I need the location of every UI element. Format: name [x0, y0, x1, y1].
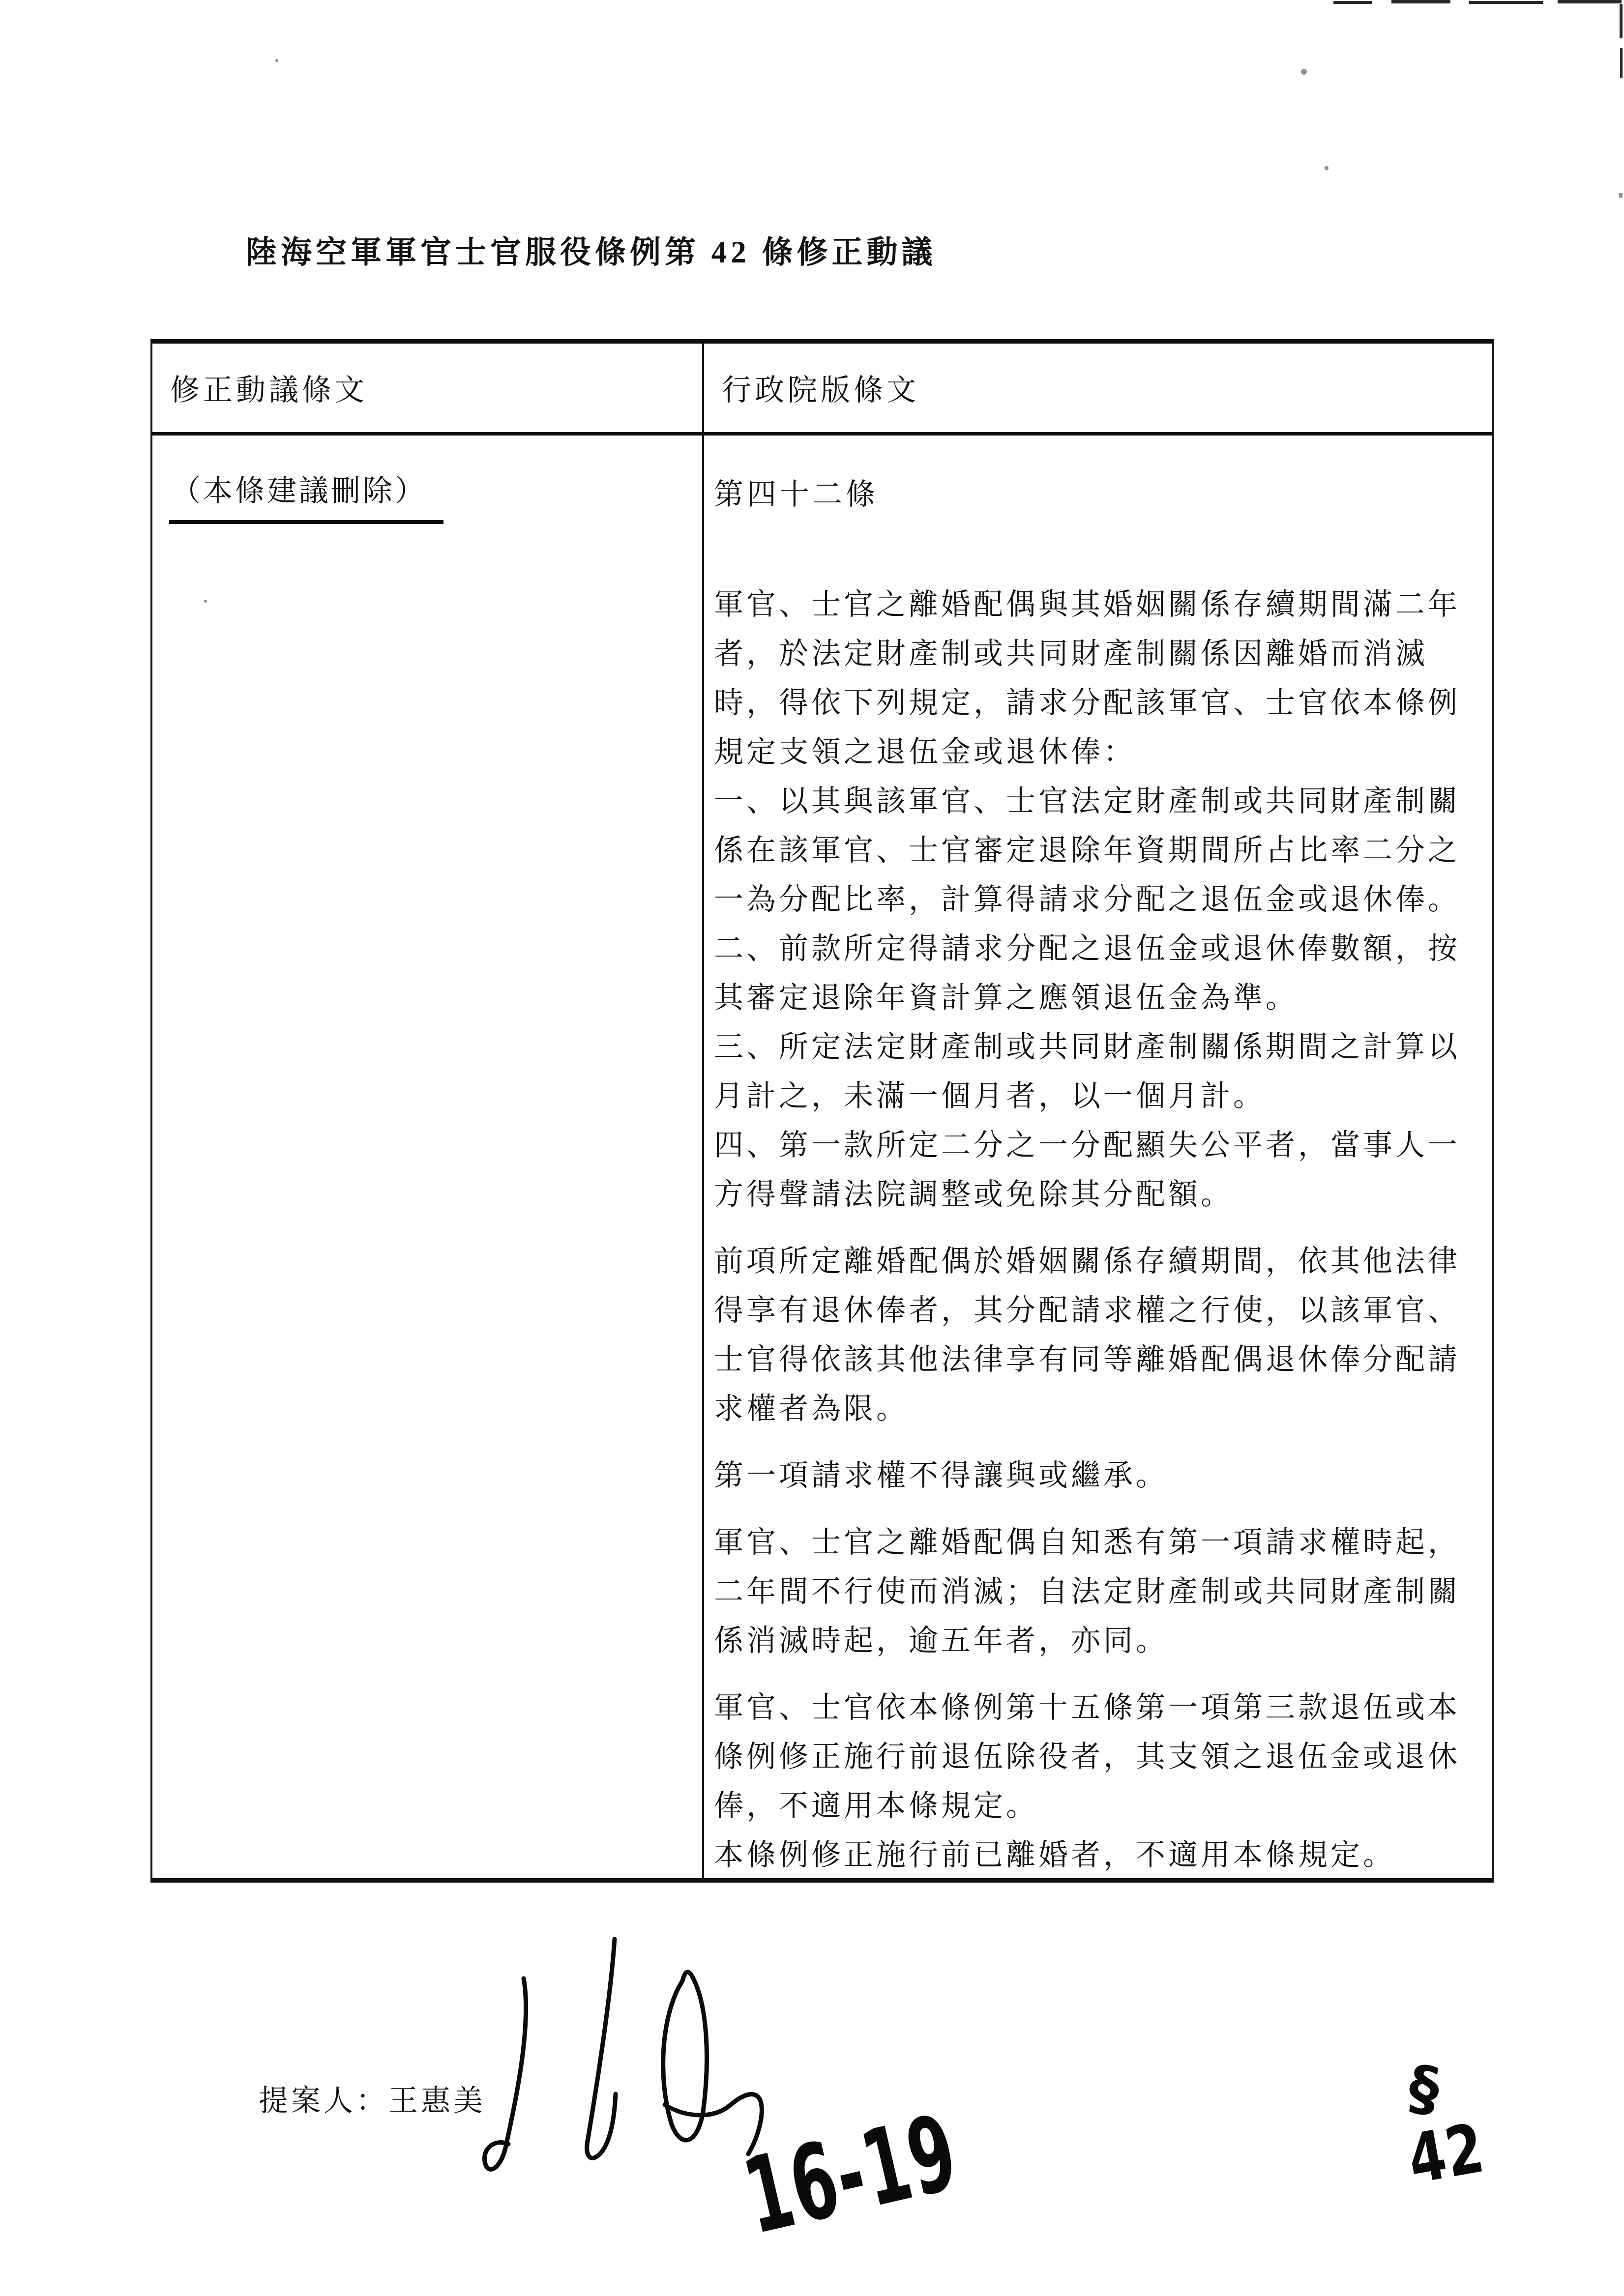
scan-noise-top-edge — [1469, 1, 1543, 4]
article-paragraph-4: 軍官、士官之離婚配偶自知悉有第一項請求權時起， 二年間不行使而消滅；自法定財產制… — [714, 1518, 1472, 1665]
column-header-executive-yuan-text: 行政院版條文 — [704, 344, 1492, 432]
scan-speck — [204, 600, 207, 603]
scan-speck — [275, 59, 278, 62]
table-header-row: 修正動議條文 行政院版條文 — [152, 344, 1492, 436]
handwritten-article-number: 42 — [1402, 2108, 1490, 2199]
article-paragraph-1: 軍官、士官之離婚配偶與其婚姻關係存續期間滿二年 者，於法定財產制或共同財產制關係… — [714, 580, 1472, 1219]
scan-noise-right-edge — [1620, 48, 1623, 78]
scan-speck — [1301, 69, 1307, 75]
scan-speck — [1619, 193, 1623, 198]
scan-speck — [1325, 166, 1329, 170]
article-number-heading: 第四十二條 — [714, 470, 1472, 519]
article-paragraph-5: 軍官、士官依本條例第十五條第一項第三款退伍或本 條例修正施行前退伍除役者，其支領… — [714, 1683, 1472, 1878]
scanned-document-page: 陸海空軍軍官士官服役條例第 42 條修正動議 修正動議條文 行政院版條文 （本條… — [0, 0, 1624, 2296]
deletion-note: （本條建議刪除） — [169, 470, 443, 524]
document-title: 陸海空軍軍官士官服役條例第 42 條修正動議 — [246, 227, 937, 272]
article-paragraph-2: 前項所定離婚配偶於婚姻關係存續期間，依其他法律 得享有退休俸者，其分配請求權之行… — [714, 1237, 1472, 1433]
handwritten-section-symbol: § — [1404, 2052, 1444, 2125]
proposer-signature-handwriting — [467, 1932, 782, 2207]
comparison-table: 修正動議條文 行政院版條文 （本條建議刪除） 第四十二條 軍官、士官之離婚配偶與… — [150, 339, 1494, 1883]
executive-yuan-column-cell: 第四十二條 軍官、士官之離婚配偶與其婚姻關係存續期間滿二年 者，於法定財產制或共… — [704, 436, 1492, 1878]
column-header-amendment-text: 修正動議條文 — [152, 344, 704, 432]
scan-noise-right-edge — [1620, 4, 1623, 38]
proposer-line: 提案人：王惠美 — [259, 2077, 486, 2120]
table-body-row: （本條建議刪除） 第四十二條 軍官、士官之離婚配偶與其婚姻關係存續期間滿二年 者… — [152, 436, 1492, 1878]
scan-noise-top-edge — [1558, 0, 1622, 3]
article-paragraph-3: 第一項請求權不得讓與或繼承。 — [714, 1451, 1472, 1500]
scan-noise-top-edge — [1391, 0, 1450, 3]
amendment-column-cell: （本條建議刪除） — [152, 436, 704, 1878]
scan-noise-top-edge — [1333, 1, 1372, 4]
